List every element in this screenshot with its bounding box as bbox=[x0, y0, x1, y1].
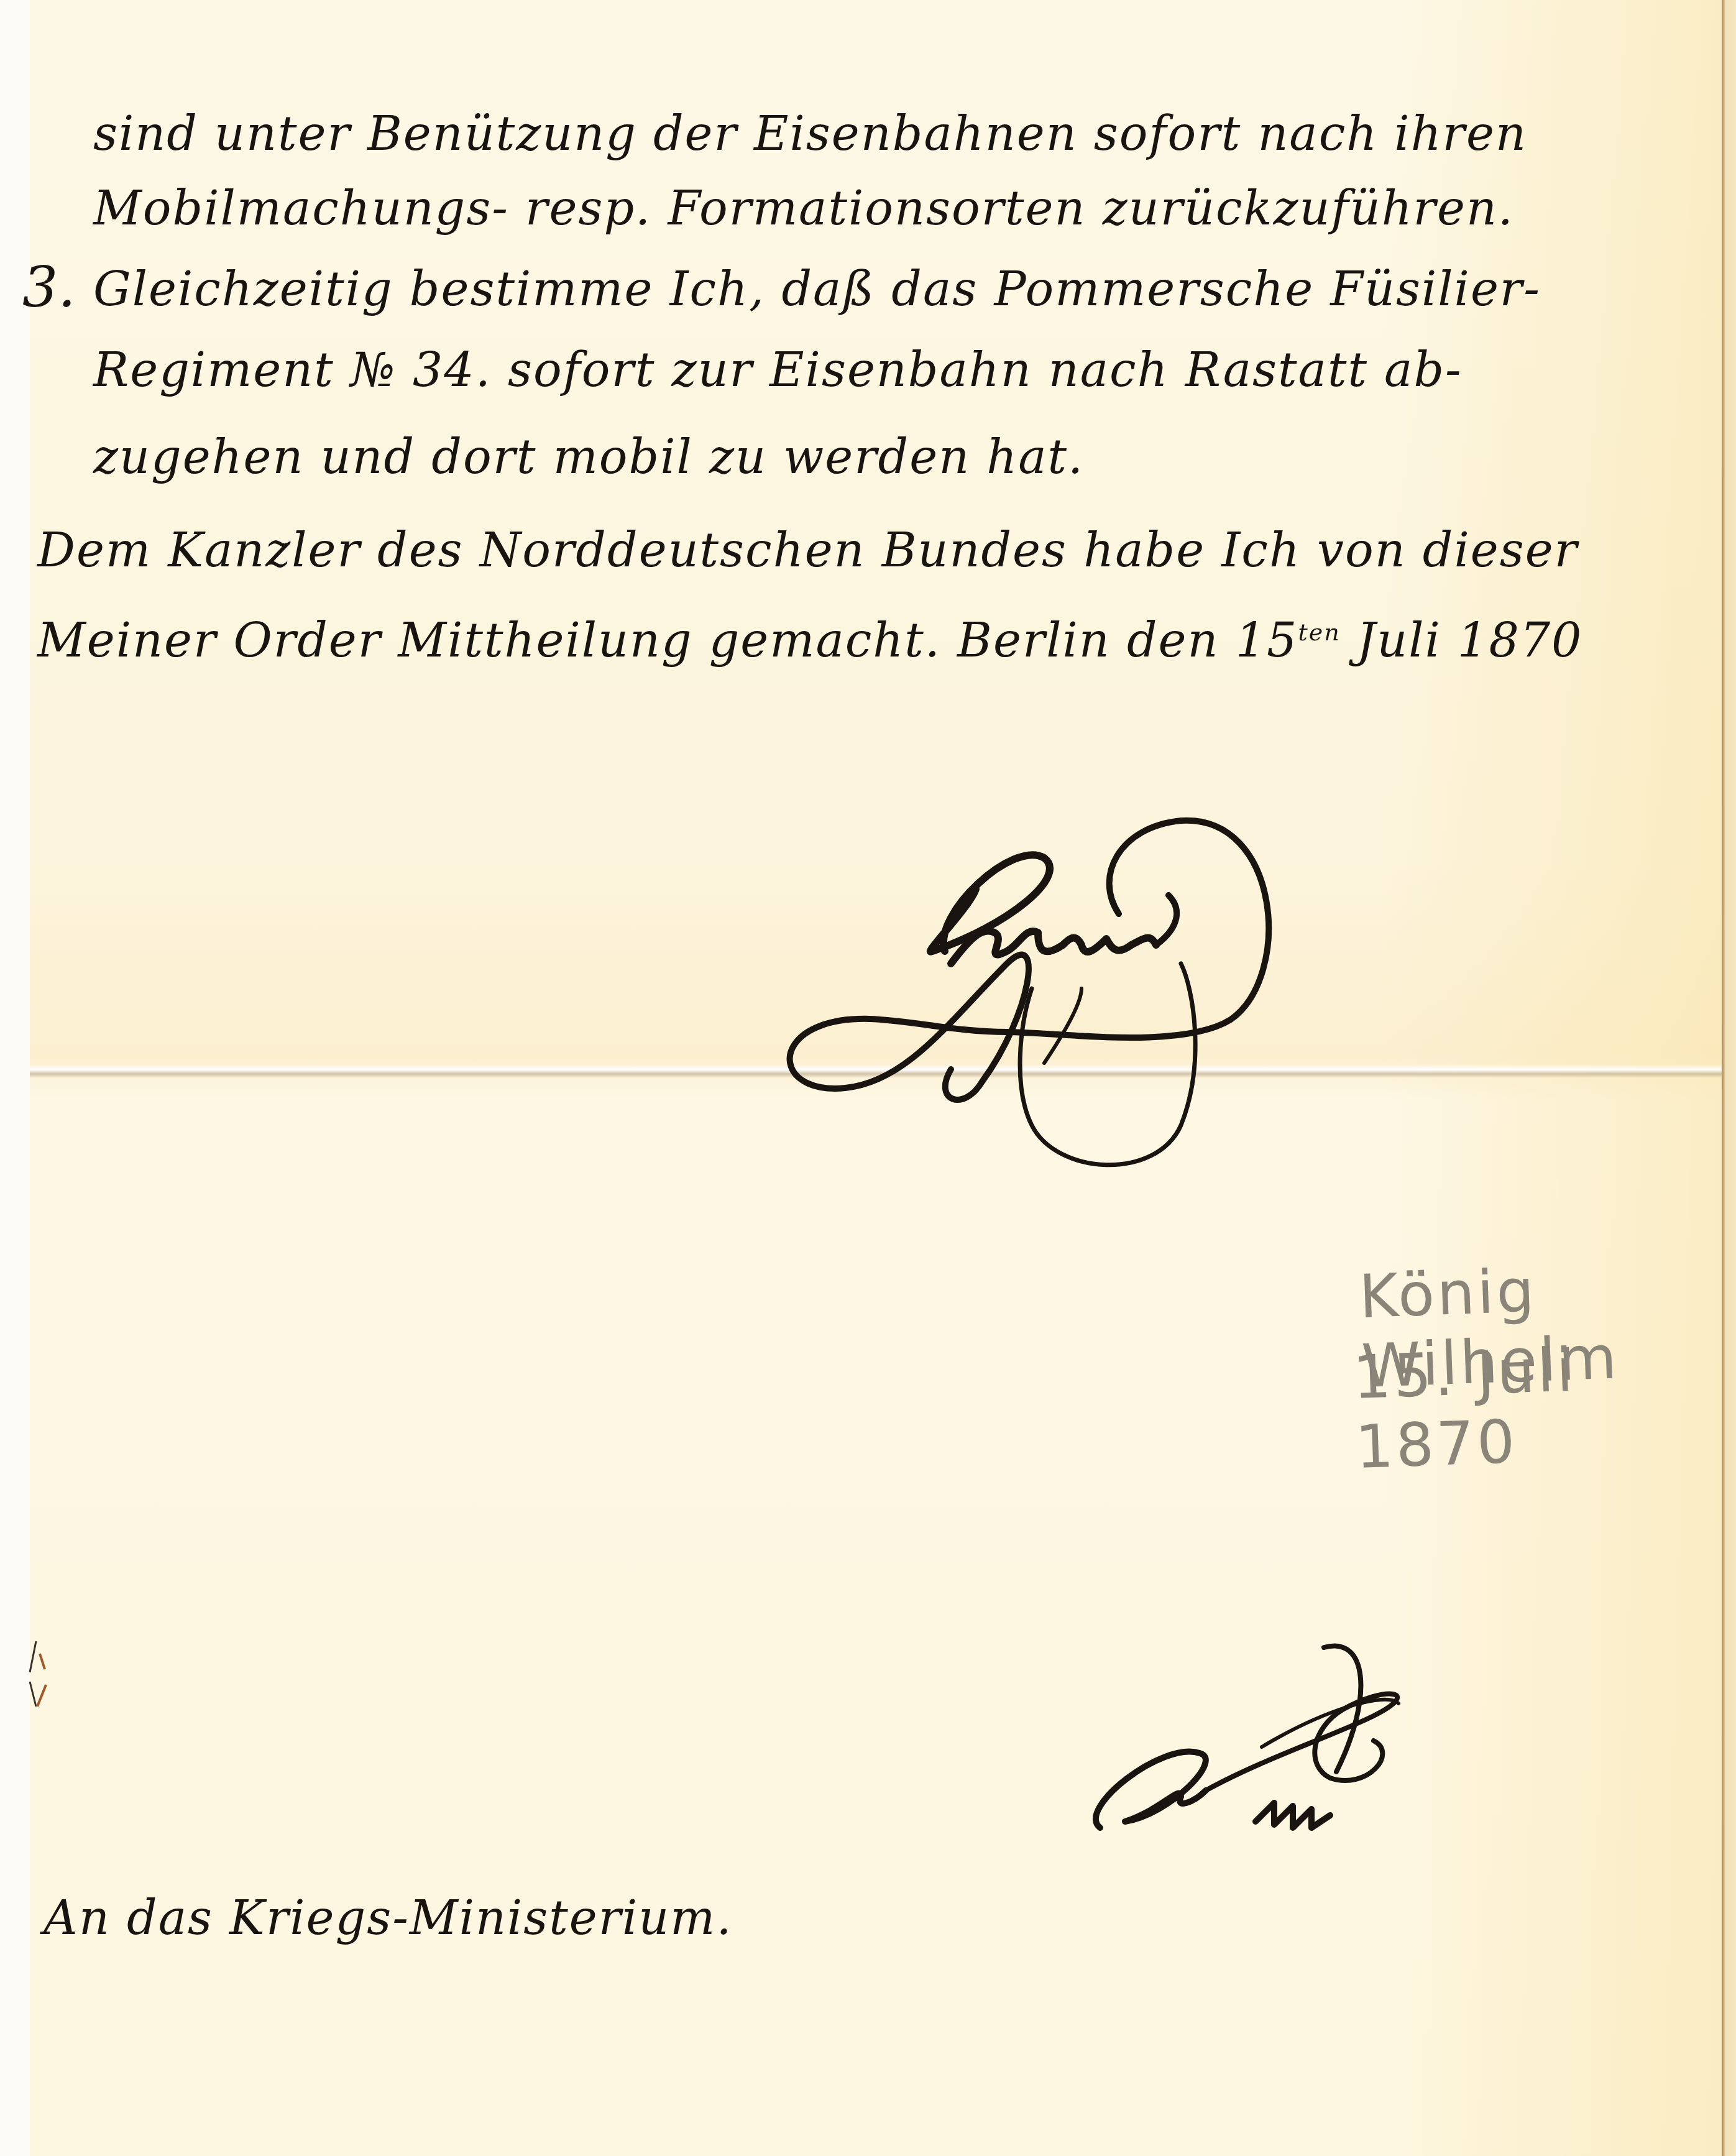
binding-stitch-marks bbox=[25, 1635, 50, 1710]
signature-roon bbox=[1075, 1610, 1548, 1846]
text-line-5: zugehen und dort mobil zu werden hat. bbox=[93, 429, 1084, 484]
date-day-suffix: ten bbox=[1298, 619, 1340, 646]
page-edge bbox=[1722, 0, 1736, 2156]
paragraph-number: 3. bbox=[22, 255, 76, 320]
signature-wilhelm bbox=[746, 802, 1479, 1175]
text-line-4: Regiment № 34. sofort zur Eisenbahn nach… bbox=[93, 342, 1463, 397]
date-place: Berlin den bbox=[957, 612, 1219, 668]
text-line-7: Meiner Order Mittheilung gemacht. Berlin… bbox=[37, 612, 1582, 668]
text-line-6: Dem Kanzler des Norddeutschen Bundes hab… bbox=[37, 522, 1578, 578]
text-line-1: sind unter Benützung der Eisenbahnen sof… bbox=[93, 106, 1527, 161]
recipient-address: An das Kriegs-Ministerium. bbox=[44, 1890, 733, 1945]
pencil-annotation-line2: 15. Juli 1870 bbox=[1352, 1329, 1736, 1481]
order-text: Meiner Order Mittheilung gemacht. bbox=[37, 612, 957, 668]
date-day: 15 bbox=[1236, 612, 1298, 668]
date-month-year: Juli 1870 bbox=[1357, 612, 1583, 668]
text-line-3: Gleichzeitig bestimme Ich, daß das Pomme… bbox=[93, 261, 1541, 316]
text-line-2: Mobilmachungs- resp. Formationsorten zur… bbox=[93, 180, 1514, 236]
